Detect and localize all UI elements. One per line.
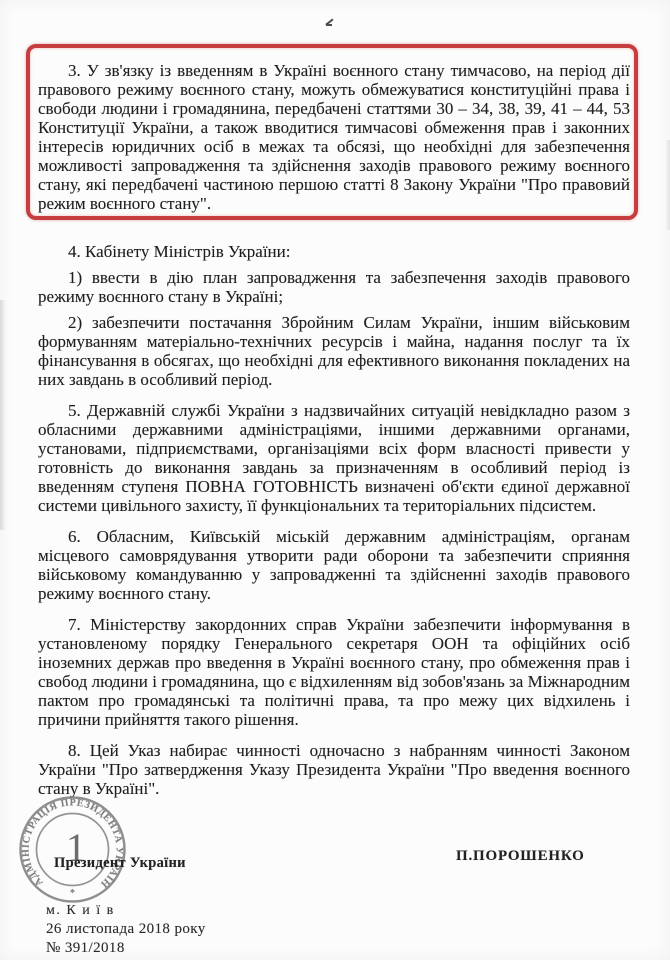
decree-paragraph-8: 8. Цей Указ набирає чинності одночасно з… <box>38 741 630 798</box>
stamp-bottom-star: * <box>70 888 75 899</box>
decree-paragraph-4-item-2: 2) забезпечити постачання Збройним Силам… <box>38 313 630 389</box>
document-page: 3. У зв'язку із введенням в Україні воєн… <box>0 0 670 960</box>
presidential-administration-stamp: АДМІНІСТРАЦІЯ ПРЕЗИДЕНТА УКРАЇНИ * 1 <box>16 794 129 907</box>
decree-paragraph-3: 3. У зв'язку із введенням в Україні воєн… <box>38 61 630 213</box>
decree-number: № 391/2018 <box>46 939 125 958</box>
signature-place: м. К и ї в <box>46 901 115 920</box>
decree-paragraph-4-item-1: 1) ввести в дію план запровадження та за… <box>38 268 630 306</box>
highlight-box: 3. У зв'язку із введенням в Україні воєн… <box>26 44 638 220</box>
decree-paragraph-4: 4. Кабінету Міністрів України: <box>38 242 630 261</box>
signature-date: 26 листопада 2018 року <box>46 920 206 939</box>
decree-paragraph-6: 6. Обласним, Київській міській державним… <box>38 527 630 603</box>
decree-paragraph-5: 5. Державній службі України з надзвичайн… <box>38 401 630 515</box>
signatory-title: Президент України <box>54 854 186 873</box>
scan-artifact <box>325 15 335 27</box>
decree-paragraph-7: 7. Міністерству закордонних справ Україн… <box>38 615 630 729</box>
signatory-name: П.ПОРОШЕНКО <box>456 847 585 866</box>
